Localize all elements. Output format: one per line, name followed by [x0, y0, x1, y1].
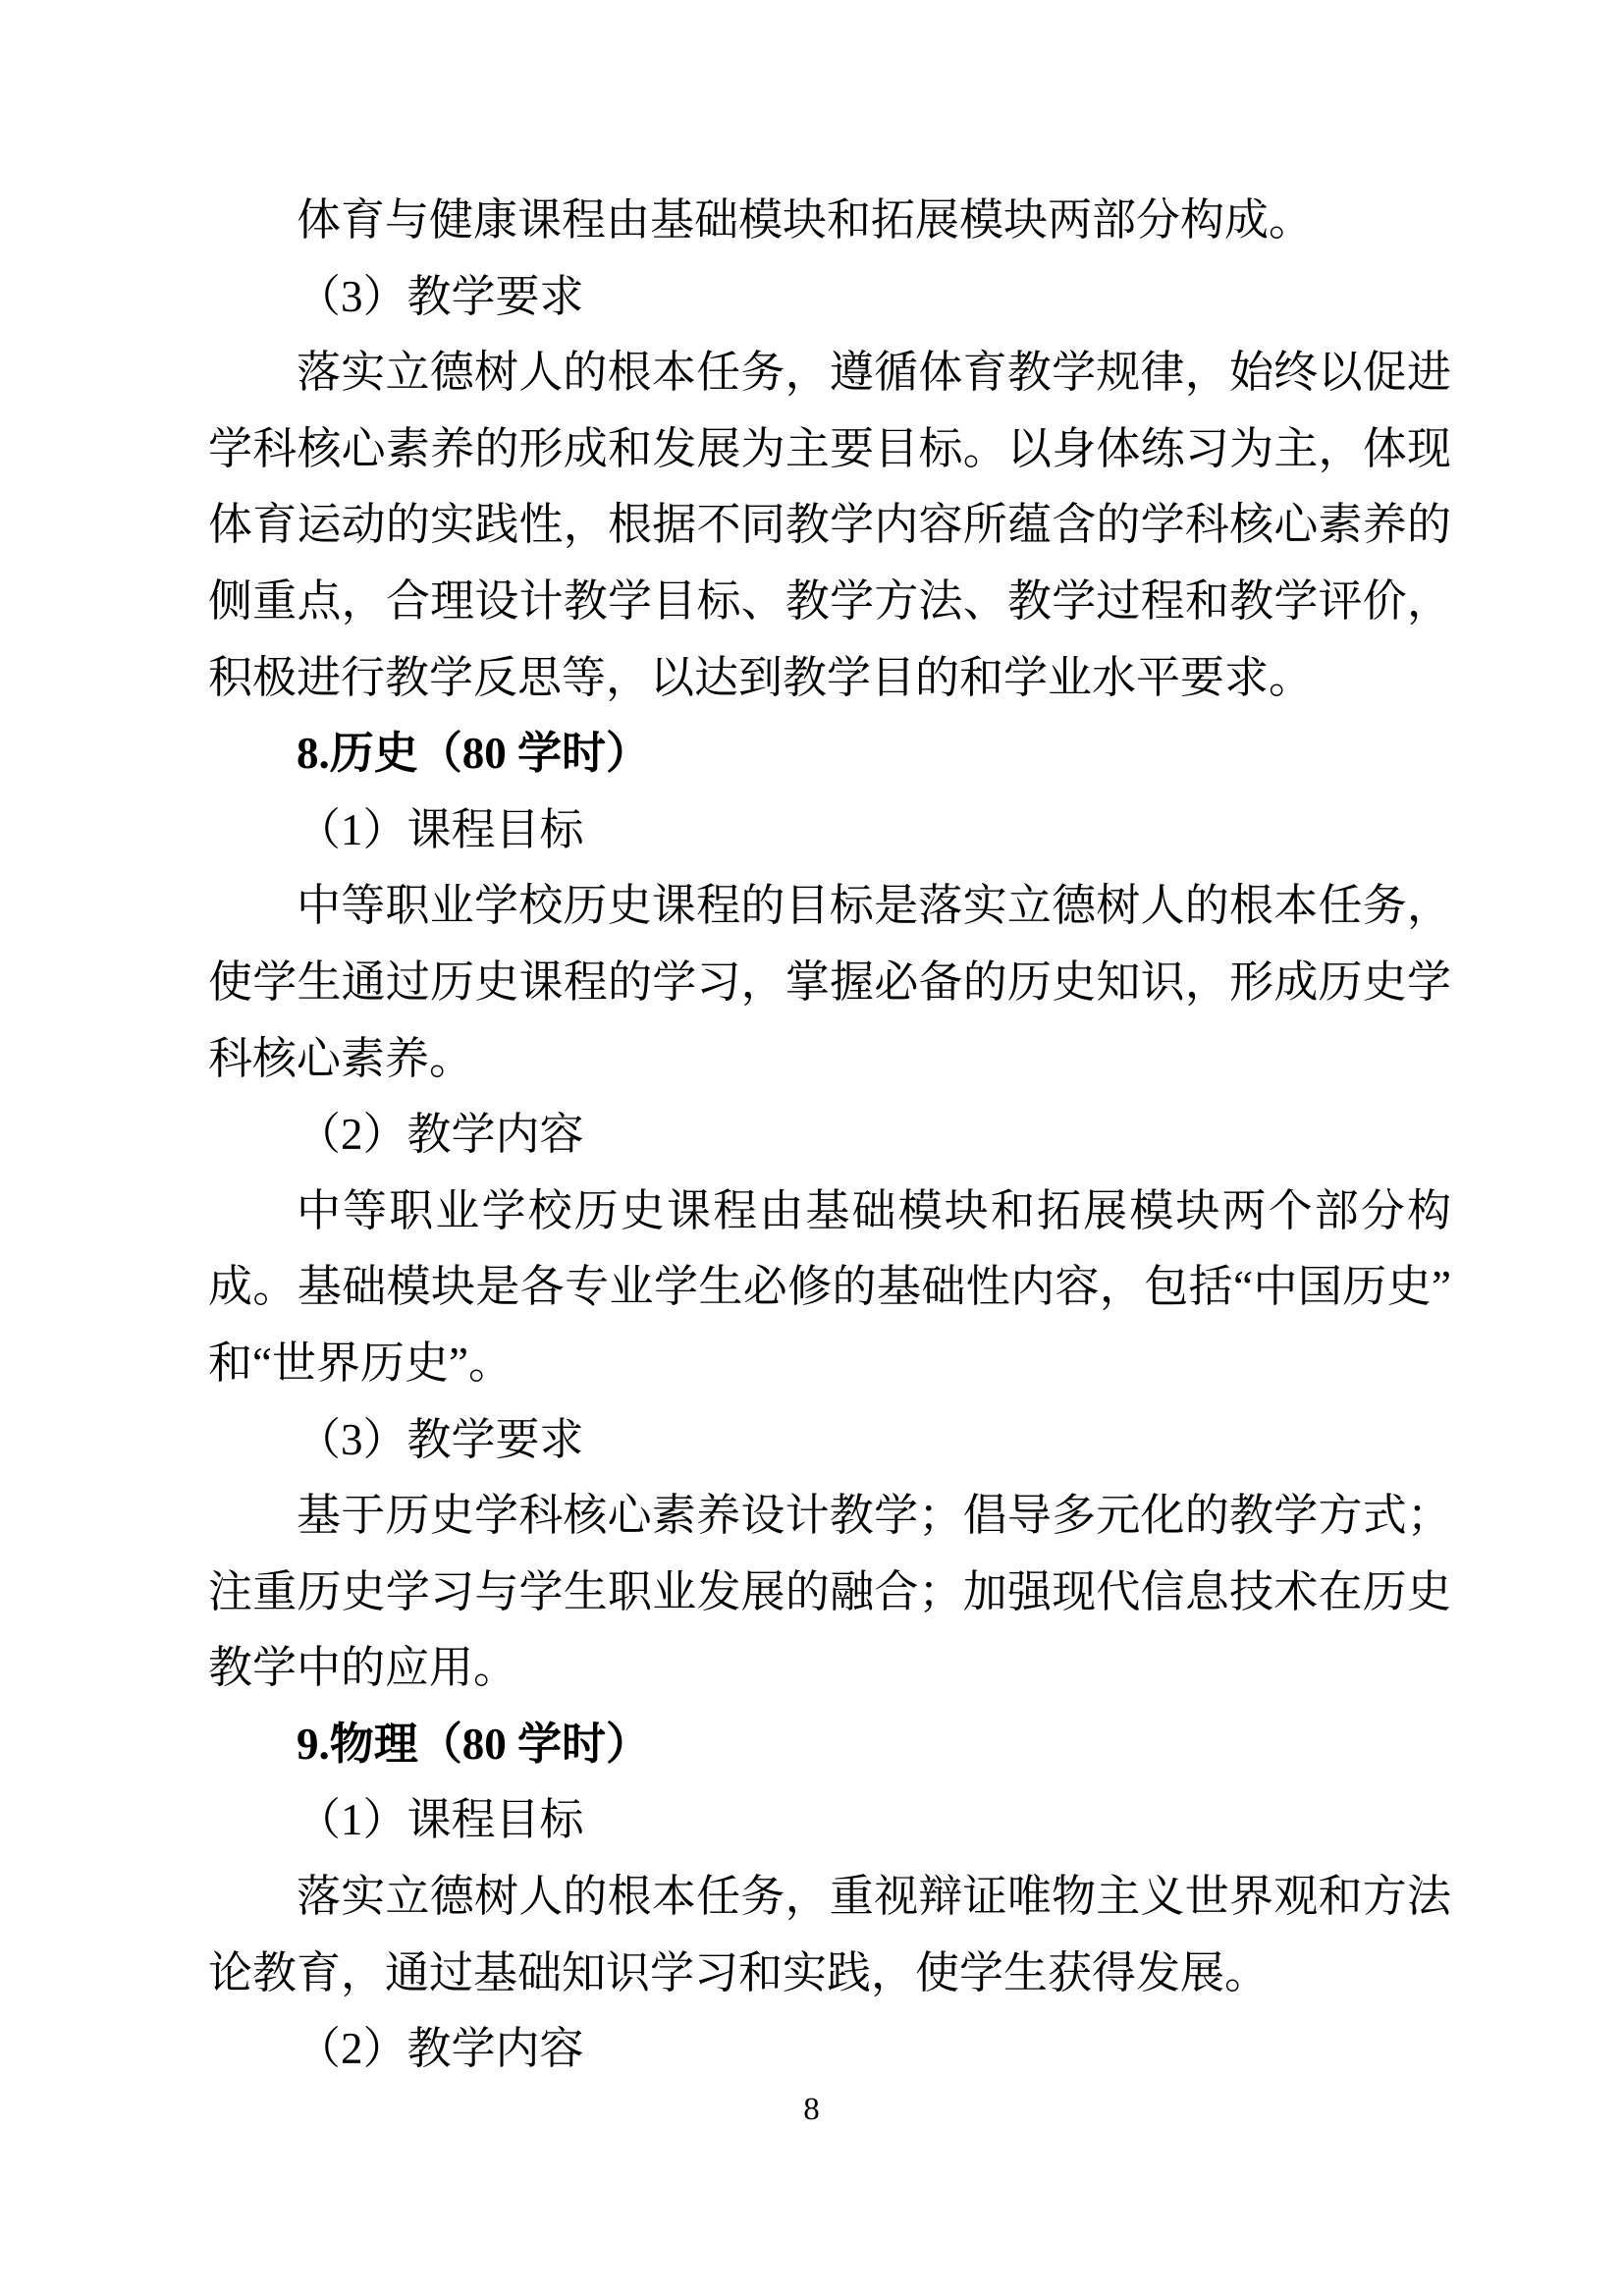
sub-heading: （2）教学内容 [208, 1097, 1451, 1174]
page-number: 8 [0, 2090, 1623, 2129]
body-paragraph: 基于历史学科核心素养设计教学；倡导多元化的教学方式；注重历史学习与学生职业发展的… [208, 1478, 1451, 1707]
body-paragraph: 中等职业学校历史课程的目标是落实立德树人的根本任务，使学生通过历史课程的学习，掌… [208, 868, 1451, 1097]
body-paragraph: 体育与健康课程由基础模块和拓展模块两部分构成。 [208, 183, 1451, 259]
section-heading: 9.物理（80 学时） [208, 1707, 1451, 1783]
sub-heading: （3）教学要求 [208, 1402, 1451, 1479]
document-body: 体育与健康课程由基础模块和拓展模块两部分构成。（3）教学要求落实立德树人的根本任… [208, 183, 1451, 2088]
sub-heading: （1）课程目标 [208, 1782, 1451, 1859]
document-page: 体育与健康课程由基础模块和拓展模块两部分构成。（3）教学要求落实立德树人的根本任… [0, 0, 1623, 2296]
body-paragraph: 中等职业学校历史课程由基础模块和拓展模块两个部分构成。基础模块是各专业学生必修的… [208, 1174, 1451, 1402]
sub-heading: （2）教学内容 [208, 2011, 1451, 2088]
sub-heading: （1）课程目标 [208, 793, 1451, 869]
section-heading: 8.历史（80 学时） [208, 716, 1451, 793]
body-paragraph: 落实立德树人的根本任务，重视辩证唯物主义世界观和方法论教育，通过基础知识学习和实… [208, 1859, 1451, 2011]
sub-heading: （3）教学要求 [208, 259, 1451, 336]
body-paragraph: 落实立德树人的根本任务，遵循体育教学规律，始终以促进学科核心素养的形成和发展为主… [208, 335, 1451, 716]
